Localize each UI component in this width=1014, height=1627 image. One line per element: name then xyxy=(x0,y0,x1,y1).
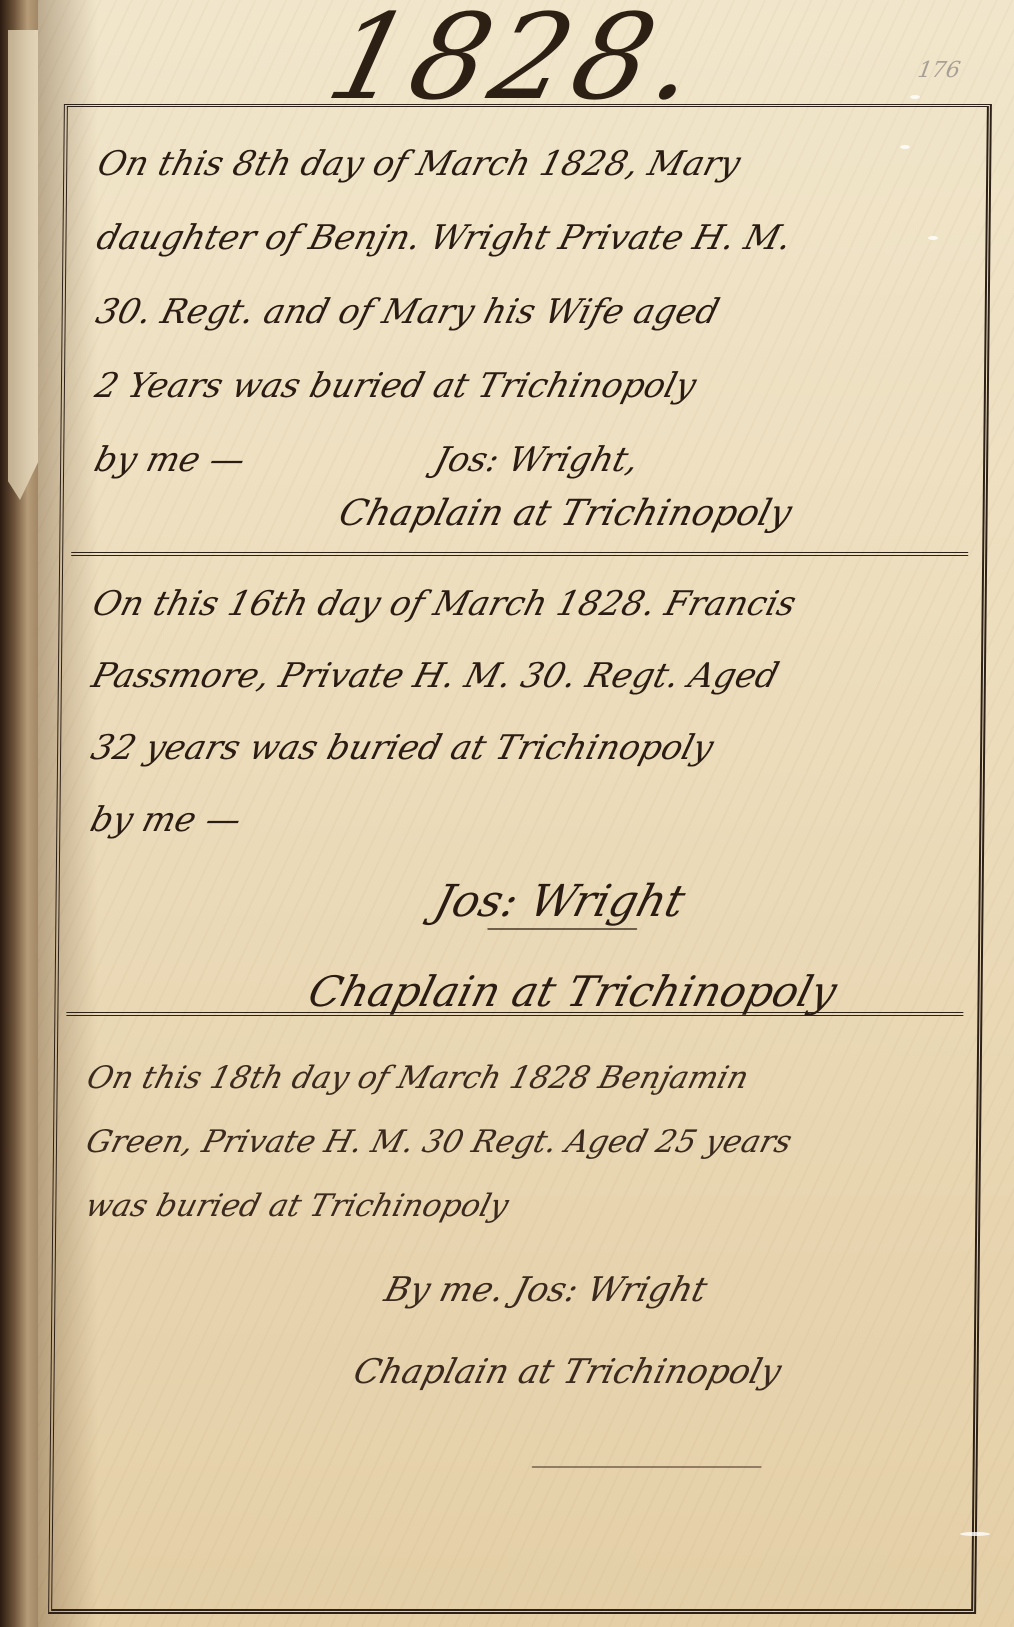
entry-line: daughter of Benjn. Wright Private H. M. xyxy=(88,201,976,275)
entry-line: On this 16th day of March 1828. Francis xyxy=(84,568,972,640)
entry-line: Passmore, Private H. M. 30. Regt. Aged xyxy=(84,640,972,712)
register-page: 1828. 176 On this 8th day of March 1828,… xyxy=(38,0,1014,1627)
burial-entry-2: On this 16th day of March 1828. Francis … xyxy=(66,552,968,1022)
entry-line: On this 8th day of March 1828, Mary xyxy=(89,127,977,201)
light-glare xyxy=(900,145,910,149)
torn-page-flap xyxy=(8,30,38,500)
closing-flourish xyxy=(532,1466,762,1468)
signature-title: Chaplain at Trichinopoly xyxy=(76,1340,962,1404)
entry-line: was buried at Trichinopoly xyxy=(78,1174,964,1238)
light-glare xyxy=(928,236,938,240)
signature-flourish xyxy=(487,928,637,930)
entry-line: 32 years was buried at Trichinopoly xyxy=(83,712,971,784)
page-number: 176 xyxy=(916,58,962,83)
entry-line: by me — xyxy=(82,784,970,856)
light-glare xyxy=(910,95,920,99)
register-frame: On this 8th day of March 1828, Mary daug… xyxy=(48,104,992,1614)
entry-line: Green, Private H. M. 30 Regt. Aged 25 ye… xyxy=(79,1110,965,1174)
signature-name: By me. Jos: Wright xyxy=(77,1258,963,1322)
burial-entry-3: On this 18th day of March 1828 Benjamin … xyxy=(61,1012,964,1572)
signature-title: Chaplain at Trichinopoly xyxy=(85,477,800,551)
burial-entry-1: On this 8th day of March 1828, Mary daug… xyxy=(71,127,972,547)
entry-line: 2 Years was buried at Trichinopoly xyxy=(87,349,975,423)
entry-line: 30. Regt. and of Mary his Wife aged xyxy=(87,275,975,349)
light-glare xyxy=(960,1532,990,1536)
entry-line: On this 18th day of March 1828 Benjamin xyxy=(79,1046,965,1110)
